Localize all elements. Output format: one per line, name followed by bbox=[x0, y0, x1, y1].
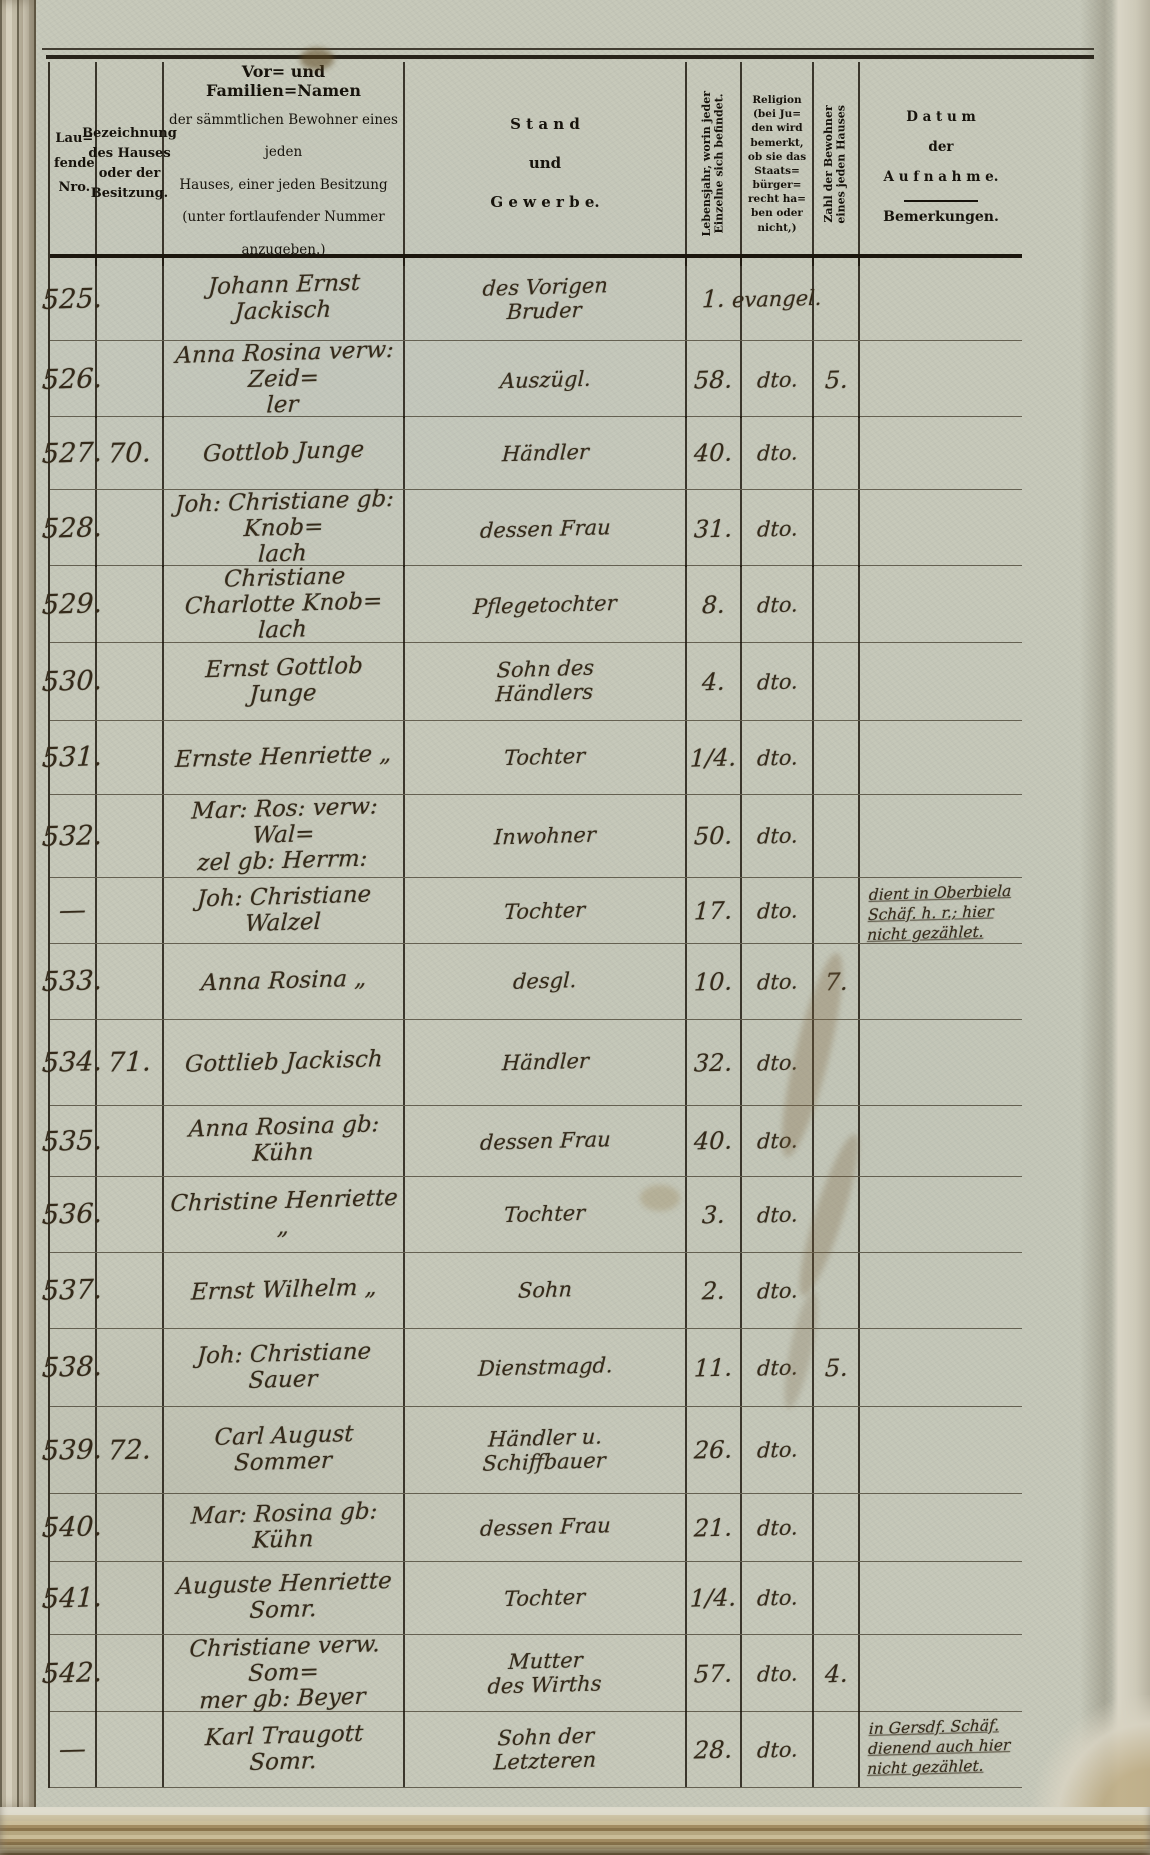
cell-inhabitants-count bbox=[814, 1494, 860, 1561]
cell-age: 50. bbox=[687, 795, 742, 877]
cell-inhabitants-count bbox=[814, 566, 860, 643]
scanned-register-page: Lau= fende Nro. Bezeichnung des Hauses o… bbox=[0, 0, 1150, 1855]
cell-running-number: 538. bbox=[50, 1329, 97, 1406]
cell-occupation: desgl. bbox=[405, 944, 687, 1019]
cell-occupation: Tochter bbox=[405, 878, 687, 943]
cell-name: Joh: Christiane gb: Knob= lach bbox=[164, 490, 405, 567]
cell-house-number bbox=[97, 1494, 164, 1561]
cell-religion: dto. bbox=[742, 1562, 814, 1634]
cell-running-number: 539. bbox=[50, 1407, 97, 1493]
cell-age: 1/4. bbox=[687, 721, 742, 794]
cell-inhabitants-count bbox=[814, 643, 860, 720]
register-row: 531. Ernste Henriette „ Tochter 1/4. dto… bbox=[50, 721, 1022, 795]
cell-occupation: dessen Frau bbox=[405, 490, 687, 567]
register-row: 541. Auguste Henriette Somr. Tochter 1/4… bbox=[50, 1562, 1022, 1635]
top-rule-thin bbox=[42, 48, 1094, 50]
cell-religion: dto. bbox=[742, 341, 814, 418]
cell-house-number bbox=[97, 1253, 164, 1328]
cell-house-number bbox=[97, 1712, 164, 1787]
cell-remarks bbox=[860, 795, 1022, 877]
cell-remarks bbox=[860, 1106, 1022, 1176]
cell-house-number bbox=[97, 878, 164, 943]
cell-name: Joh: Christiane Sauer bbox=[164, 1329, 405, 1406]
top-rule-thick bbox=[46, 55, 1094, 59]
cell-age: 8. bbox=[687, 566, 742, 643]
cell-house-number bbox=[97, 795, 164, 877]
table-header: Lau= fende Nro. Bezeichnung des Hauses o… bbox=[50, 62, 1022, 258]
cell-age: 17. bbox=[687, 878, 742, 943]
cell-name: Carl August Sommer bbox=[164, 1407, 405, 1493]
cell-occupation: Sohn des Händlers bbox=[405, 643, 687, 720]
register-row: 529. Christiane Charlotte Knob= lach Pfl… bbox=[50, 566, 1022, 643]
cell-inhabitants-count: 5. bbox=[814, 1329, 860, 1406]
cell-running-number: 526. bbox=[50, 341, 97, 418]
cell-running-number: 530. bbox=[50, 643, 97, 720]
cell-occupation: Auszügl. bbox=[405, 341, 687, 418]
cell-name: Joh: Christiane Walzel bbox=[164, 878, 405, 943]
book-bottom-edge bbox=[0, 1807, 1150, 1855]
header-date-title: D a t u m der A u f n a h m e. bbox=[884, 103, 999, 192]
register-row: — Karl Traugott Somr. Sohn der Letzteren… bbox=[50, 1712, 1022, 1788]
cell-house-number bbox=[97, 1329, 164, 1406]
cell-inhabitants-count bbox=[814, 721, 860, 794]
cell-remarks bbox=[860, 566, 1022, 643]
cell-remarks bbox=[860, 341, 1022, 418]
cell-inhabitants-count bbox=[814, 417, 860, 489]
cell-remarks bbox=[860, 1253, 1022, 1328]
cell-religion: dto. bbox=[742, 643, 814, 720]
cell-house-number bbox=[97, 341, 164, 418]
cell-occupation: Händler u. Schiffbauer bbox=[405, 1407, 687, 1493]
cell-age: 2. bbox=[687, 1253, 742, 1328]
cell-running-number: 535. bbox=[50, 1106, 97, 1176]
cell-occupation: Händler bbox=[405, 417, 687, 489]
cell-remarks bbox=[860, 417, 1022, 489]
cell-occupation: Pflegetochter bbox=[405, 566, 687, 643]
cell-house-number bbox=[97, 944, 164, 1019]
cell-house-number bbox=[97, 1562, 164, 1634]
cell-religion: dto. bbox=[742, 1494, 814, 1561]
cell-house-number bbox=[97, 490, 164, 567]
ink-stain bbox=[300, 48, 334, 70]
cell-remarks bbox=[860, 944, 1022, 1019]
header-house-designation: Bezeichnung des Hauses oder der Besitzun… bbox=[97, 62, 164, 266]
cell-occupation: Tochter bbox=[405, 1562, 687, 1634]
cell-remarks: dient in Oberbiela Schäf. h. r.; hier ni… bbox=[860, 878, 1022, 943]
cell-remarks bbox=[860, 490, 1022, 567]
header-occupation: S t a n d und G e w e r b e. bbox=[405, 62, 687, 266]
cell-religion: dto. bbox=[742, 1712, 814, 1787]
cell-remarks bbox=[860, 1494, 1022, 1561]
cell-remarks bbox=[860, 721, 1022, 794]
cell-house-number bbox=[97, 258, 164, 340]
cell-occupation: Mutter des Wirths bbox=[405, 1635, 687, 1712]
register-row: 537. Ernst Wilhelm „ Sohn 2. dto. bbox=[50, 1253, 1022, 1329]
header-names-subtitle: der sämmtlichen Bewohner eines jeden Hau… bbox=[164, 104, 403, 266]
register-row: 542. Christiane verw. Som= mer gb: Beyer… bbox=[50, 1635, 1022, 1712]
cell-running-number: 536. bbox=[50, 1177, 97, 1252]
header-date-remarks: D a t u m der A u f n a h m e. Bemerkung… bbox=[860, 62, 1022, 266]
cell-remarks bbox=[860, 1635, 1022, 1712]
cell-remarks: in Gersdf. Schäf. dienend auch hier nich… bbox=[860, 1712, 1022, 1787]
cell-running-number: 531. bbox=[50, 721, 97, 794]
cell-name: Gottlob Junge bbox=[164, 417, 405, 489]
cell-name: Karl Traugott Somr. bbox=[164, 1712, 405, 1787]
cell-remarks bbox=[860, 1407, 1022, 1493]
cell-age: 4. bbox=[687, 643, 742, 720]
cell-religion: dto. bbox=[742, 721, 814, 794]
cell-house-number: 71. bbox=[97, 1020, 164, 1105]
cell-house-number bbox=[97, 1177, 164, 1252]
cell-age: 10. bbox=[687, 944, 742, 1019]
page-corner-curl bbox=[1030, 1695, 1150, 1825]
cell-remarks bbox=[860, 1329, 1022, 1406]
cell-inhabitants-count bbox=[814, 878, 860, 943]
cell-religion: dto. bbox=[742, 795, 814, 877]
cell-occupation: Tochter bbox=[405, 721, 687, 794]
cell-house-number bbox=[97, 566, 164, 643]
cell-occupation: dessen Frau bbox=[405, 1494, 687, 1561]
cell-age: 40. bbox=[687, 417, 742, 489]
register-row: 538. Joh: Christiane Sauer Dienstmagd. 1… bbox=[50, 1329, 1022, 1407]
cell-name: Mar: Rosina gb: Kühn bbox=[164, 1494, 405, 1561]
cell-name: Johann Ernst Jackisch bbox=[164, 258, 405, 340]
cell-name: Anna Rosina gb: Kühn bbox=[164, 1106, 405, 1176]
register-row: 532. Mar: Ros: verw: Wal= zel gb: Herrm:… bbox=[50, 795, 1022, 878]
cell-remarks bbox=[860, 1562, 1022, 1634]
cell-age: 26. bbox=[687, 1407, 742, 1493]
cell-running-number: 527. bbox=[50, 417, 97, 489]
cell-running-number: 533. bbox=[50, 944, 97, 1019]
cell-running-number: 542. bbox=[50, 1635, 97, 1712]
cell-religion: dto. bbox=[742, 944, 814, 1019]
cell-running-number: 541. bbox=[50, 1562, 97, 1634]
cell-religion: dto. bbox=[742, 1177, 814, 1252]
cell-house-number bbox=[97, 721, 164, 794]
header-names: Vor= und Familien=Namen der sämmtlichen … bbox=[164, 62, 405, 266]
register-row: 534. 71. Gottlieb Jackisch Händler 32. d… bbox=[50, 1020, 1022, 1106]
header-names-title: Vor= und Familien=Namen bbox=[164, 62, 403, 100]
cell-house-number bbox=[97, 643, 164, 720]
cell-name: Christine Henriette „ bbox=[164, 1177, 405, 1252]
cell-occupation: Inwohner bbox=[405, 795, 687, 877]
cell-inhabitants-count bbox=[814, 795, 860, 877]
header-remarks-label: Bemerkungen. bbox=[883, 209, 999, 225]
cell-remarks bbox=[860, 1020, 1022, 1105]
header-inhabitant-count-vertical: Zahl der Bewohner eines jeden Hauses bbox=[823, 105, 848, 224]
cell-house-number: 70. bbox=[97, 417, 164, 489]
header-age-vertical: Lebensjahr, worin jeder Einzelne sich be… bbox=[701, 91, 726, 236]
register-row: 533. Anna Rosina „ desgl. 10. dto. 7. bbox=[50, 944, 1022, 1020]
cell-house-number bbox=[97, 1106, 164, 1176]
header-divider-line bbox=[904, 200, 978, 202]
cell-running-number: 534. bbox=[50, 1020, 97, 1105]
cell-age: 57. bbox=[687, 1635, 742, 1712]
cell-religion: dto. bbox=[742, 878, 814, 943]
cell-age: 3. bbox=[687, 1177, 742, 1252]
cell-age: 40. bbox=[687, 1106, 742, 1176]
register-row: 539. 72. Carl August Sommer Händler u. S… bbox=[50, 1407, 1022, 1494]
cell-inhabitants-count bbox=[814, 1407, 860, 1493]
register-row: 525. Johann Ernst Jackisch des Vorigen B… bbox=[50, 258, 1022, 341]
cell-name: Anna Rosina „ bbox=[164, 944, 405, 1019]
cell-occupation: Sohn der Letzteren bbox=[405, 1712, 687, 1787]
cell-running-number: 528. bbox=[50, 490, 97, 567]
cell-occupation: Händler bbox=[405, 1020, 687, 1105]
cell-name: Christiane verw. Som= mer gb: Beyer bbox=[164, 1635, 405, 1712]
register-row: 528. Joh: Christiane gb: Knob= lach dess… bbox=[50, 490, 1022, 566]
cell-running-number: 529. bbox=[50, 566, 97, 643]
cell-age: 31. bbox=[687, 490, 742, 567]
cell-inhabitants-count bbox=[814, 490, 860, 567]
cell-age: 28. bbox=[687, 1712, 742, 1787]
cell-inhabitants-count: 5. bbox=[814, 341, 860, 418]
cell-religion: evangel. bbox=[742, 258, 814, 340]
register-row: — Joh: Christiane Walzel Tochter 17. dto… bbox=[50, 878, 1022, 944]
cell-occupation: Dienstmagd. bbox=[405, 1329, 687, 1406]
cell-religion: dto. bbox=[742, 417, 814, 489]
cell-age: 1/4. bbox=[687, 1562, 742, 1634]
cell-name: Christiane Charlotte Knob= lach bbox=[164, 566, 405, 643]
cell-age: 32. bbox=[687, 1020, 742, 1105]
cell-house-number bbox=[97, 1635, 164, 1712]
register-row: 527. 70. Gottlob Junge Händler 40. dto. bbox=[50, 417, 1022, 490]
cell-name: Anna Rosina verw: Zeid= ler bbox=[164, 341, 405, 418]
cell-occupation: dessen Frau bbox=[405, 1106, 687, 1176]
cell-running-number: — bbox=[50, 878, 97, 943]
register-row: 530. Ernst Gottlob Junge Sohn des Händle… bbox=[50, 643, 1022, 721]
cell-house-number: 72. bbox=[97, 1407, 164, 1493]
cell-inhabitants-count: 4. bbox=[814, 1635, 860, 1712]
cell-religion: dto. bbox=[742, 1407, 814, 1493]
cell-religion: dto. bbox=[742, 566, 814, 643]
register-row: 526. Anna Rosina verw: Zeid= ler Auszügl… bbox=[50, 341, 1022, 417]
cell-remarks bbox=[860, 643, 1022, 720]
cell-name: Mar: Ros: verw: Wal= zel gb: Herrm: bbox=[164, 795, 405, 877]
cell-age: 58. bbox=[687, 341, 742, 418]
cell-remarks bbox=[860, 1177, 1022, 1252]
cell-religion: dto. bbox=[742, 1635, 814, 1712]
register-row: 536. Christine Henriette „ Tochter 3. dt… bbox=[50, 1177, 1022, 1253]
paper-stain bbox=[640, 1185, 680, 1211]
register-table: Lau= fende Nro. Bezeichnung des Hauses o… bbox=[48, 62, 1022, 1788]
cell-name: Ernste Henriette „ bbox=[164, 721, 405, 794]
cell-running-number: 525. bbox=[50, 258, 97, 340]
cell-name: Ernst Gottlob Junge bbox=[164, 643, 405, 720]
cell-inhabitants-count bbox=[814, 1712, 860, 1787]
cell-occupation: Sohn bbox=[405, 1253, 687, 1328]
cell-running-number: — bbox=[50, 1712, 97, 1787]
cell-occupation: des Vorigen Bruder bbox=[405, 258, 687, 340]
cell-running-number: 532. bbox=[50, 795, 97, 877]
page-right-edge bbox=[1080, 0, 1150, 1815]
cell-religion: dto. bbox=[742, 490, 814, 567]
cell-inhabitants-count bbox=[814, 1562, 860, 1634]
cell-running-number: 540. bbox=[50, 1494, 97, 1561]
cell-age: 11. bbox=[687, 1329, 742, 1406]
register-row: 540. Mar: Rosina gb: Kühn dessen Frau 21… bbox=[50, 1494, 1022, 1562]
register-row: 535. Anna Rosina gb: Kühn dessen Frau 40… bbox=[50, 1106, 1022, 1177]
cell-age: 21. bbox=[687, 1494, 742, 1561]
cell-name: Gottlieb Jackisch bbox=[164, 1020, 405, 1105]
book-binding-edge bbox=[0, 0, 36, 1809]
cell-running-number: 537. bbox=[50, 1253, 97, 1328]
cell-name: Auguste Henriette Somr. bbox=[164, 1562, 405, 1634]
cell-name: Ernst Wilhelm „ bbox=[164, 1253, 405, 1328]
cell-remarks bbox=[860, 258, 1022, 340]
header-religion: Religion (bei Ju= den wird bemerkt, ob s… bbox=[742, 62, 814, 266]
